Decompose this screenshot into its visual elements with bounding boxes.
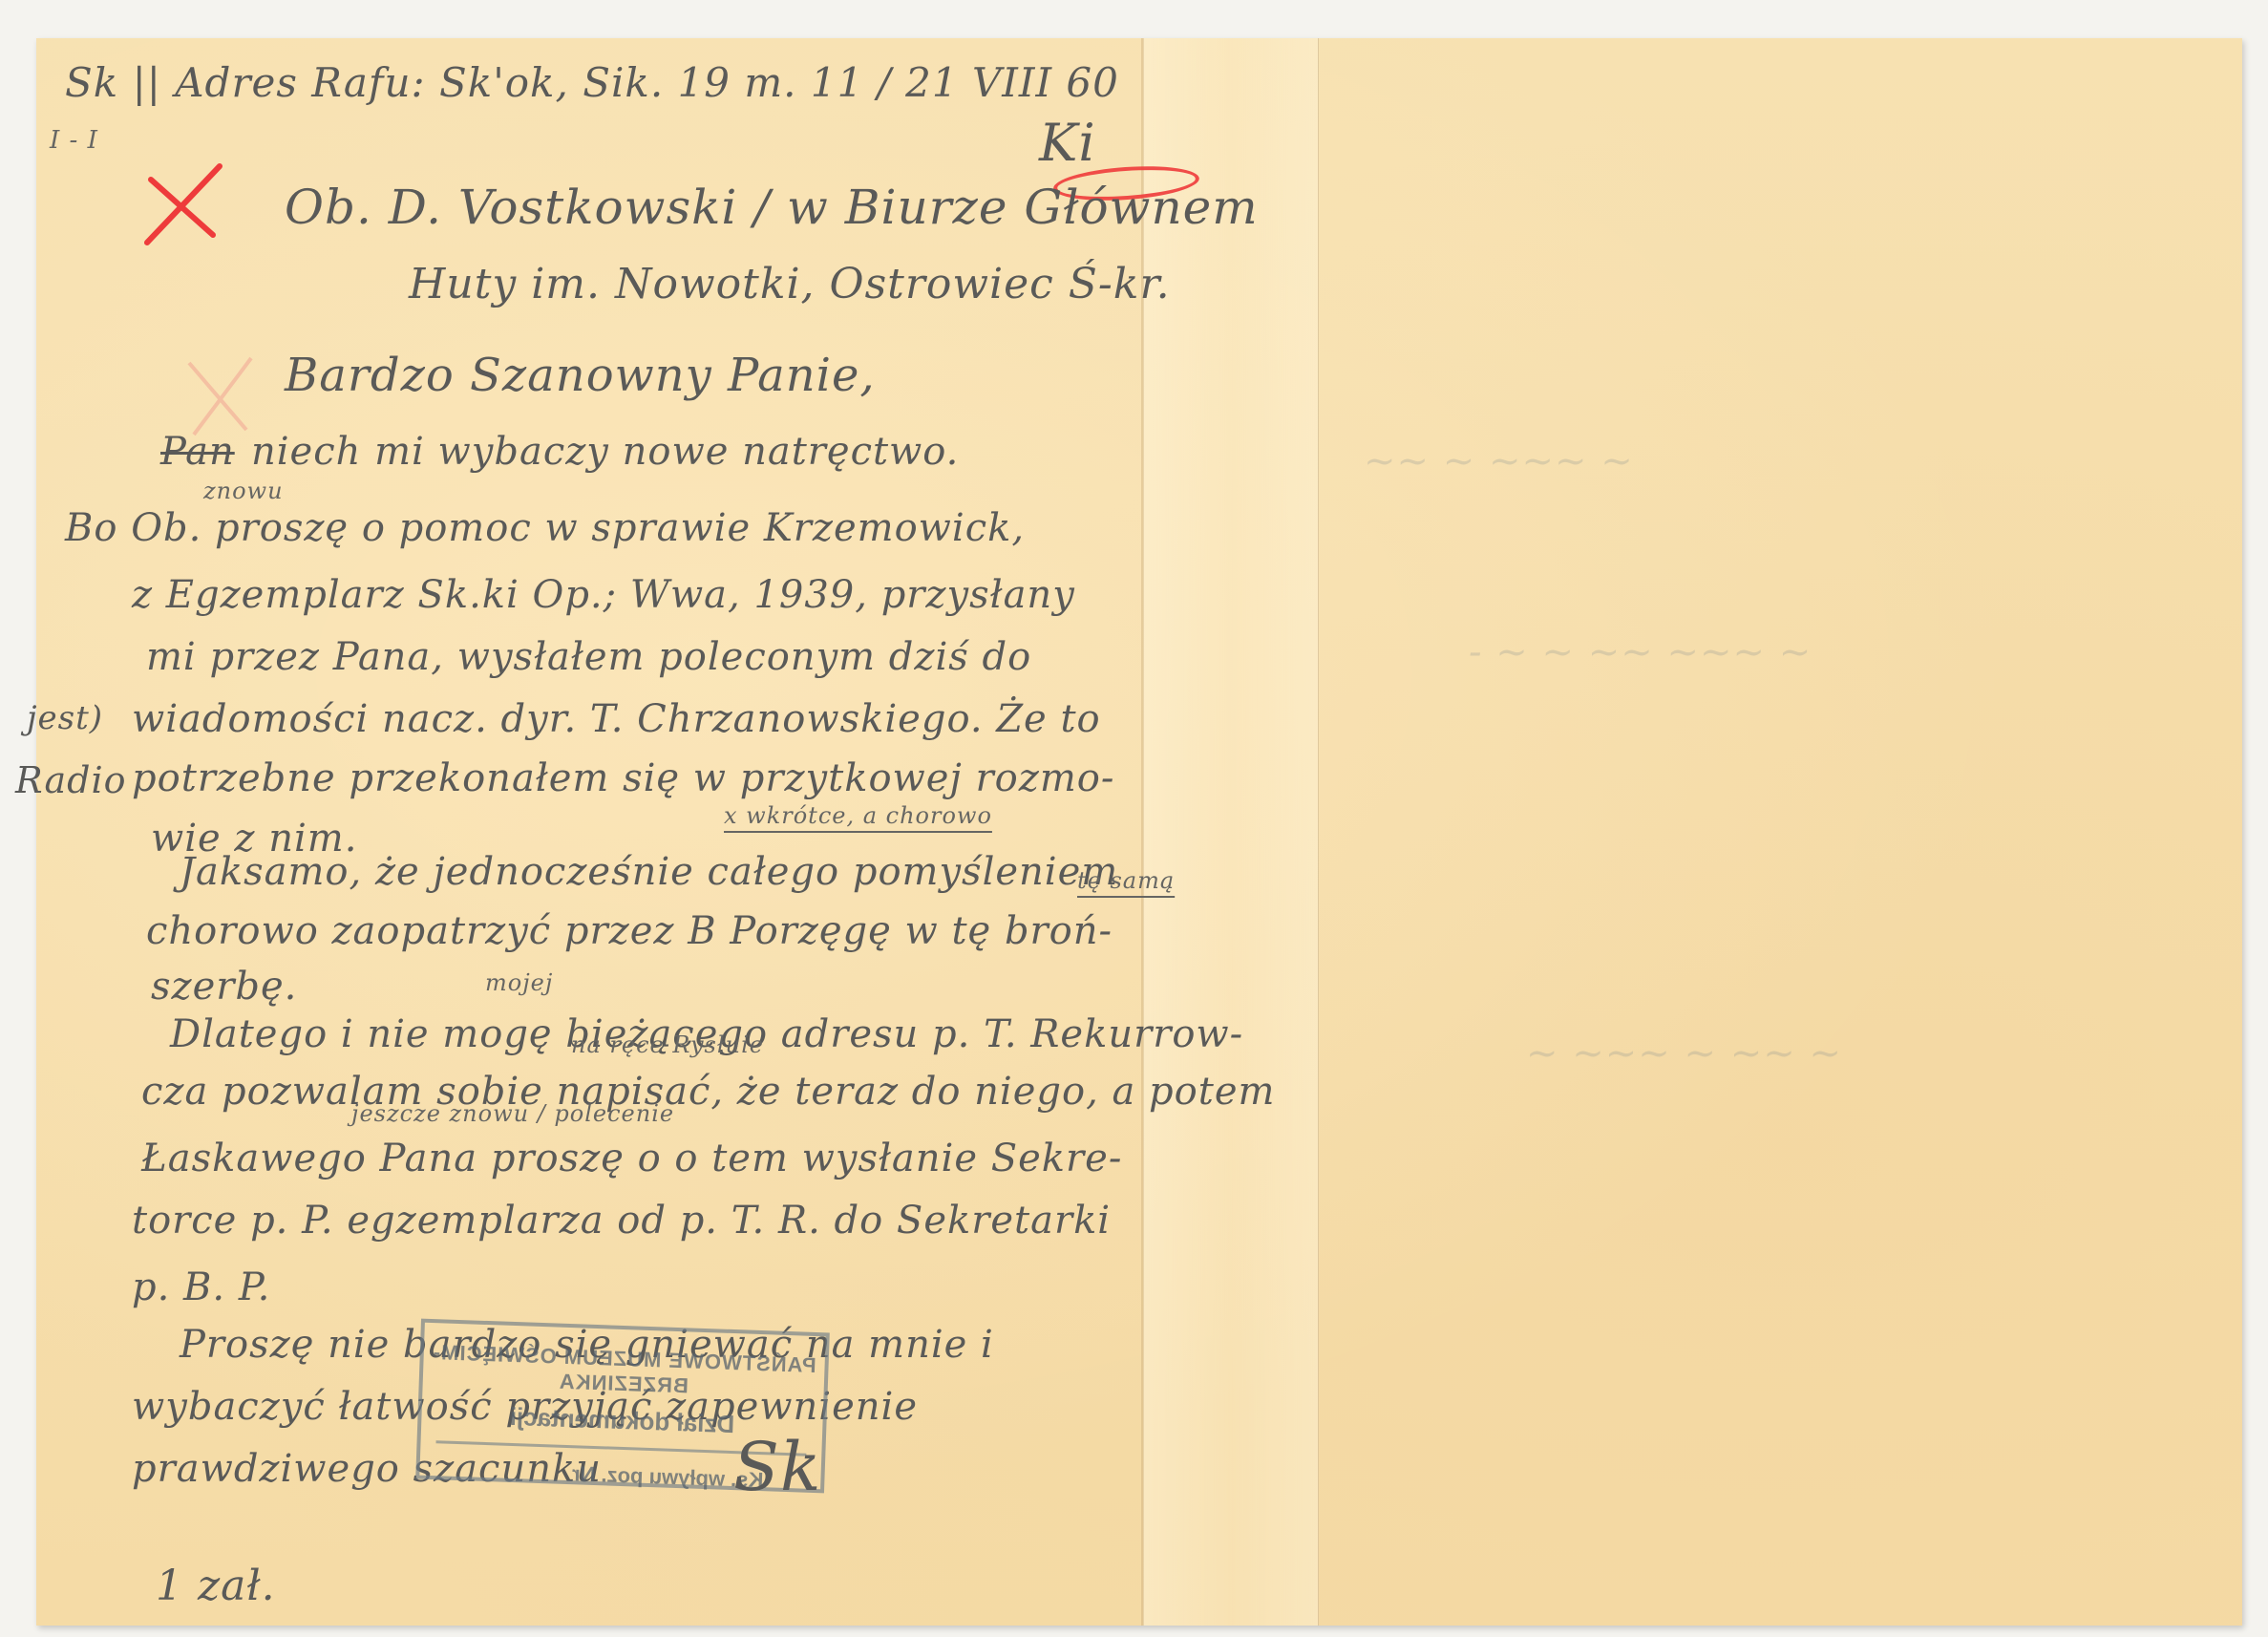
body-line: niech mi wybaczy nowe natręctwo.: [251, 430, 959, 474]
faint-red-x-mark-icon: [180, 353, 265, 439]
insertion-note: x wkrótce, a chorowo: [724, 802, 992, 829]
insertion-note: mojej: [485, 969, 553, 996]
bleed-through-text: - ~ ~ ~~ ~~~ ~: [1469, 630, 1812, 674]
body-line: Bo Ob. proszę o pomoc w sprawie Krzemowi…: [65, 506, 1025, 550]
red-x-mark-icon: [141, 160, 227, 246]
signature: Sk: [733, 1428, 821, 1506]
letter-paper: ~~ ~ ~~~ ~ - ~ ~ ~~ ~~~ ~ ~ ~~~ ~ ~~ ~ S…: [36, 38, 2242, 1626]
body-line: z Egzemplarz Sk.ki Op.; Wwa, 1939, przys…: [132, 573, 1075, 617]
body-line: chorowo zaopatrzyć przez B Porzęgę w tę …: [146, 909, 1113, 953]
body-line: potrzebne przekonałem się w przytkowej r…: [132, 756, 1114, 800]
body-line: torce p. P. egzemplarza od p. T. R. do S…: [132, 1199, 1111, 1243]
body-line: mi przez Pana, wysłałem poleconym dziś d…: [146, 635, 1031, 679]
insertion-note: znowu: [203, 478, 284, 504]
address-line-2: Huty im. Nowotki, Ostrowiec Ś-kr.: [409, 260, 1171, 308]
insertion-note: jeszcze znowu / polecenie: [351, 1100, 674, 1127]
header-reference-line: Sk || Adres Rafu: Sk'ok, Sik. 19 m. 11 /…: [65, 59, 1119, 106]
stamp-institution: PAŃSTWOWE MUZEUM OŚWIĘCIM-BRZEZINKA: [422, 1340, 825, 1404]
insertion-note: na ręce Rysłuie: [571, 1031, 764, 1058]
body-line: Łaskawego Pana proszę o o tem wysłanie S…: [141, 1137, 1122, 1180]
header-left-mark: I - I: [50, 126, 98, 155]
margin-note: Pan: [160, 430, 235, 474]
header-code: Ki: [1039, 113, 1096, 173]
margin-note: Radio: [15, 759, 127, 801]
address-line-1: Ob. D. Vostkowski / w Biurze Głównem: [285, 180, 1259, 235]
insertion-note: tę samą: [1077, 867, 1175, 894]
attachment-note: 1 zał.: [156, 1562, 276, 1610]
bleed-through-text: ~~ ~ ~~~ ~: [1364, 439, 1634, 483]
body-line: Jaksamo, że jednocześnie całego pomyślen…: [180, 850, 1118, 894]
body-line: wiadomości nacz. dyr. T. Chrzanowskiego.…: [132, 697, 1101, 741]
body-line: p. B. P.: [132, 1265, 270, 1309]
salutation: Bardzo Szanowny Panie,: [285, 349, 876, 402]
body-line: cza pozwalam sobie napisać, że teraz do …: [141, 1070, 1275, 1114]
body-line: szerbę.: [151, 965, 297, 1009]
margin-note: jest): [27, 699, 103, 737]
bleed-through-text: ~ ~~~ ~ ~~ ~: [1526, 1031, 1842, 1075]
